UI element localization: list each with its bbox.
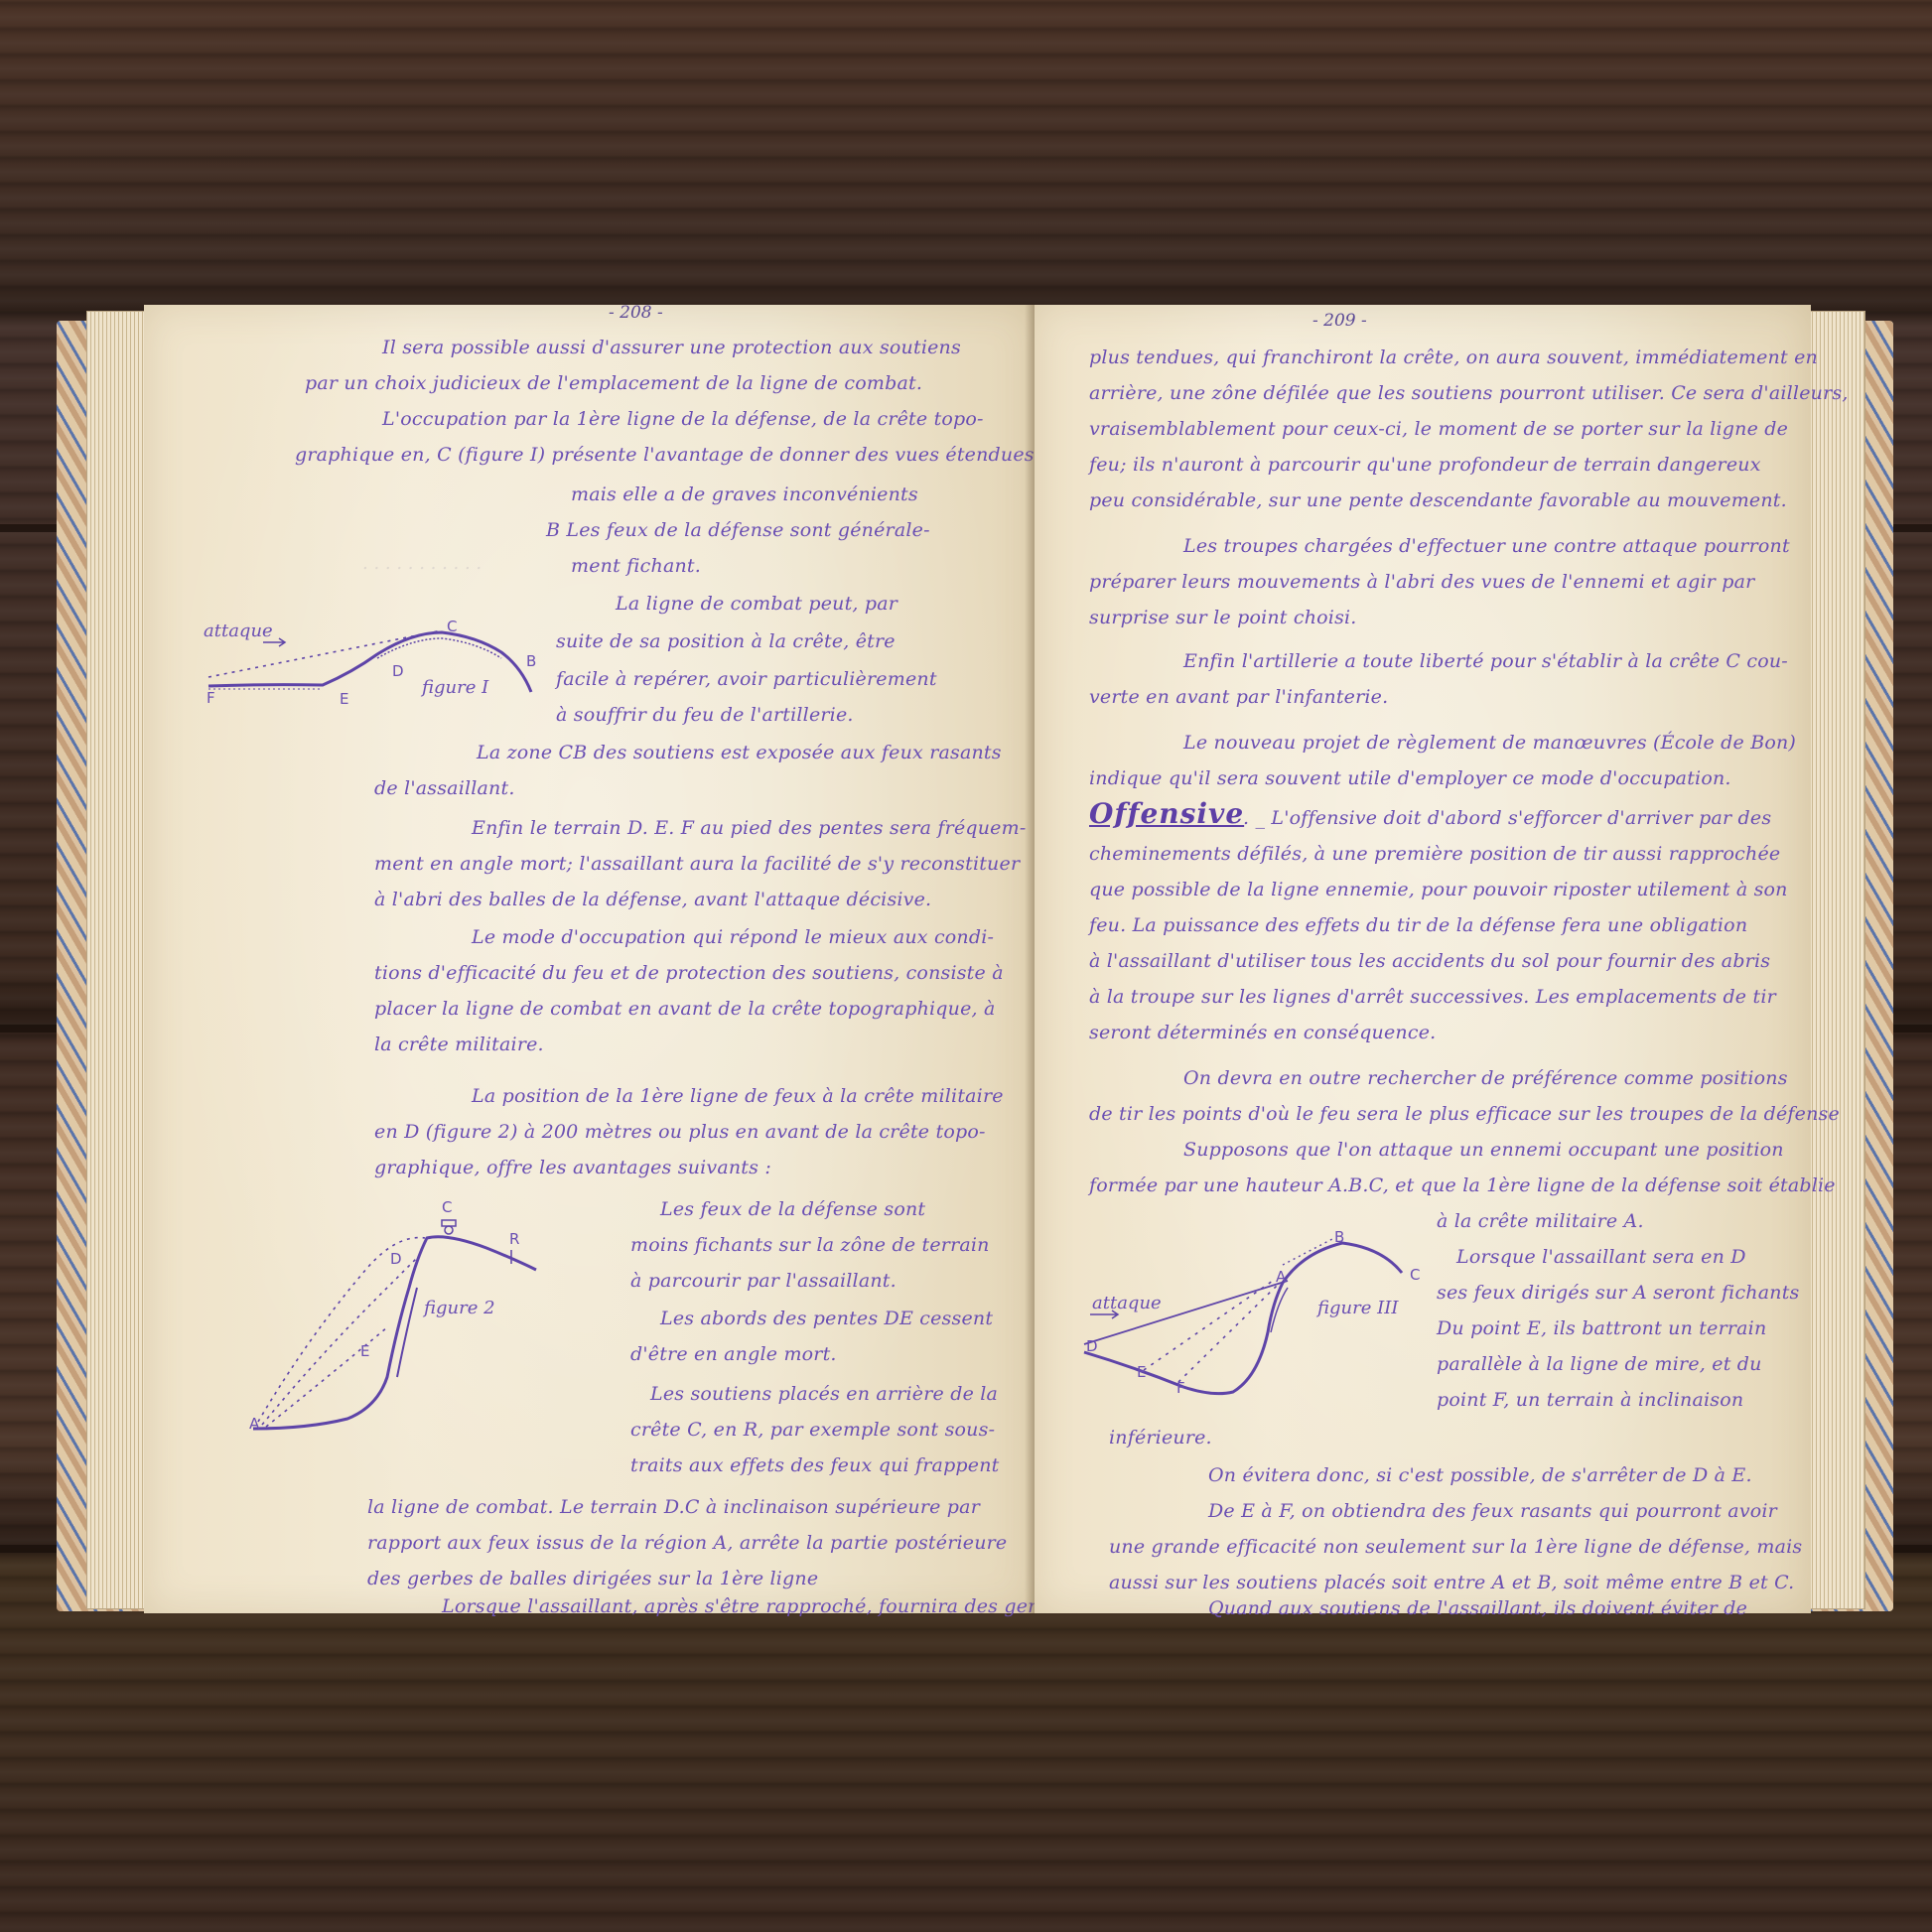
text-line: moins fichants sur la zône de terrain — [630, 1234, 990, 1256]
point-label-e: E — [1137, 1363, 1146, 1381]
figure-caption: figure III — [1317, 1298, 1398, 1318]
page-edges-left — [86, 311, 148, 1609]
point-label-f: F — [1176, 1379, 1185, 1397]
text-line: cheminements défilés, à une première pos… — [1089, 843, 1780, 865]
text-line: rapport aux feux issus de la région A, a… — [367, 1532, 1007, 1554]
point-label-d: D — [392, 662, 404, 680]
text-line: ment en angle mort; l'assaillant aura la… — [374, 853, 1020, 875]
text-line: la crête militaire. — [374, 1034, 544, 1055]
text-line: ses feux dirigés sur A seront fichants — [1437, 1282, 1799, 1304]
text-line: aussi sur les soutiens placés soit entre… — [1109, 1572, 1794, 1593]
text-line: tions d'efficacité du feu et de protecti… — [374, 962, 1004, 984]
text-line: Le mode d'occupation qui répond le mieux… — [472, 926, 994, 948]
text-line: graphique, offre les avantages suivants … — [374, 1157, 771, 1178]
text-line: B Les feux de la défense sont générale- — [546, 519, 930, 541]
text-line: ment fichant. — [571, 555, 701, 577]
point-label-a: A — [249, 1415, 259, 1433]
text-line: seront déterminés en conséquence. — [1089, 1022, 1436, 1043]
text-line: Du point E, ils battront un terrain — [1437, 1317, 1766, 1339]
point-label-f: F — [207, 689, 215, 707]
right-page: - 209 - plus tendues, qui franchiront la… — [1035, 305, 1811, 1613]
text-line: en D (figure 2) à 200 mètres ou plus en … — [374, 1121, 986, 1143]
text-line: parallèle à la ligne de mire, et du — [1437, 1353, 1762, 1375]
text-line: . _ L'offensive doit d'abord s'efforcer … — [1243, 807, 1771, 829]
text-line: Il sera possible aussi d'assurer une pro… — [382, 337, 961, 358]
figure-1-terrain-sketch — [204, 593, 561, 712]
arrow-label: attaque — [204, 621, 273, 641]
open-notebook: . . . . . . . . . . . - 208 - Il sera po… — [57, 305, 1893, 1625]
text-line: graphique en, C (figure I) présente l'av… — [295, 444, 1035, 466]
page-edges-right — [1804, 311, 1865, 1609]
text-line: verte en avant par l'infanterie. — [1089, 686, 1388, 708]
text-line: une grande efficacité non seulement sur … — [1109, 1536, 1802, 1558]
text-line: par un choix judicieux de l'emplacement … — [305, 372, 922, 394]
text-line: surprise sur le point choisi. — [1089, 607, 1357, 628]
page-number: - 209 - — [1312, 311, 1367, 331]
text-line: la ligne de combat. Le terrain D.C à inc… — [367, 1496, 980, 1518]
text-line: d'être en angle mort. — [630, 1343, 837, 1365]
text-line: Les soutiens placés en arrière de la — [650, 1383, 998, 1405]
text-line: La position de la 1ère ligne de feux à l… — [472, 1085, 1004, 1107]
text-line: à l'abri des balles de la défense, avant… — [374, 889, 931, 910]
point-label-a: A — [1276, 1268, 1286, 1286]
text-line: Enfin l'artillerie a toute liberté pour … — [1183, 650, 1788, 672]
text-line: préparer leurs mouvements à l'abri des v… — [1089, 571, 1754, 593]
text-line: Les abords des pentes DE cessent — [660, 1308, 993, 1329]
text-line: plus tendues, qui franchiront la crête, … — [1089, 346, 1818, 368]
text-line: formée par une hauteur A.B.C, et que la … — [1089, 1174, 1836, 1196]
text-line: indique qu'il sera souvent utile d'emplo… — [1089, 767, 1731, 789]
figure-2-terrain-sketch — [248, 1198, 576, 1447]
point-label-c: C — [1410, 1266, 1420, 1284]
text-line: De E à F, on obtiendra des feux rasants … — [1208, 1500, 1777, 1522]
point-label-r: R — [509, 1230, 519, 1248]
text-line: Lorsque l'assaillant sera en D — [1456, 1246, 1746, 1268]
text-line: point F, un terrain à inclinaison — [1437, 1389, 1743, 1411]
figure-caption: figure I — [422, 677, 488, 698]
text-line: Lorsque l'assaillant, après s'être rappr… — [442, 1595, 1070, 1617]
text-line: suite de sa position à la crête, être — [556, 630, 896, 652]
offensive-paragraph-start: Offensive — [1089, 797, 1244, 830]
left-page: . . . . . . . . . . . - 208 - Il sera po… — [144, 305, 1036, 1613]
cannon-icon — [442, 1220, 456, 1226]
text-line: Quand aux soutiens de l'assaillant, ils … — [1208, 1597, 1747, 1619]
text-line: On devra en outre rechercher de préféren… — [1183, 1067, 1788, 1089]
section-heading: Offensive — [1089, 797, 1244, 830]
point-label-c: C — [442, 1198, 452, 1216]
text-line: à la troupe sur les lignes d'arrêt succe… — [1089, 986, 1776, 1008]
text-line: La zone CB des soutiens est exposée aux … — [477, 742, 1002, 763]
text-line: Les feux de la défense sont — [660, 1198, 925, 1220]
text-line: facile à repérer, avoir particulièrement — [556, 668, 937, 690]
text-line: inférieure. — [1109, 1427, 1212, 1449]
point-label-e: E — [340, 690, 348, 708]
text-line: de tir les points d'où le feu sera le pl… — [1089, 1103, 1840, 1125]
text-line: placer la ligne de combat en avant de la… — [374, 998, 996, 1020]
text-line: Supposons que l'on attaque un ennemi occ… — [1183, 1139, 1784, 1161]
point-label-b: B — [1334, 1228, 1344, 1246]
text-line: La ligne de combat peut, par — [616, 593, 897, 615]
text-line: des gerbes de balles dirigées sur la 1èr… — [367, 1568, 818, 1589]
text-line: peu considérable, sur une pente descenda… — [1089, 489, 1787, 511]
text-line: que possible de la ligne ennemie, pour p… — [1089, 879, 1788, 900]
text-line: de l'assaillant. — [374, 777, 515, 799]
text-line: traits aux effets des feux qui frappent — [630, 1454, 1000, 1476]
text-line: feu. La puissance des effets du tir de l… — [1089, 914, 1747, 936]
figure-caption: figure 2 — [424, 1298, 495, 1318]
text-line: à souffrir du feu de l'artillerie. — [556, 704, 854, 726]
arrow-label: attaque — [1092, 1293, 1162, 1313]
text-line: vraisemblablement pour ceux-ci, le momen… — [1089, 418, 1788, 440]
point-label-d: D — [390, 1250, 402, 1268]
text-line: Le nouveau projet de règlement de manœuv… — [1183, 732, 1796, 754]
text-line: On évitera donc, si c'est possible, de s… — [1208, 1464, 1752, 1486]
page-number: - 208 - — [609, 303, 663, 323]
point-label-b: B — [526, 652, 536, 670]
text-line: L'occupation par la 1ère ligne de la déf… — [382, 408, 984, 430]
point-label-d: D — [1086, 1337, 1098, 1355]
text-line: Les troupes chargées d'effectuer une con… — [1183, 535, 1790, 557]
text-line: crête C, en R, par exemple sont sous- — [630, 1419, 995, 1441]
text-line: Enfin le terrain D. E. F au pied des pen… — [472, 817, 1026, 839]
point-label-e: E — [360, 1342, 369, 1360]
text-line: arrière, une zône défilée que les soutie… — [1089, 382, 1849, 404]
text-line: à l'assaillant d'utiliser tous les accid… — [1089, 950, 1770, 972]
text-line: feu; ils n'auront à parcourir qu'une pro… — [1089, 454, 1761, 476]
text-line: à la crête militaire A. — [1437, 1210, 1644, 1232]
text-line: mais elle a de graves inconvénients — [571, 483, 918, 505]
point-label-c: C — [447, 618, 457, 635]
text-line: à parcourir par l'assaillant. — [630, 1270, 897, 1292]
